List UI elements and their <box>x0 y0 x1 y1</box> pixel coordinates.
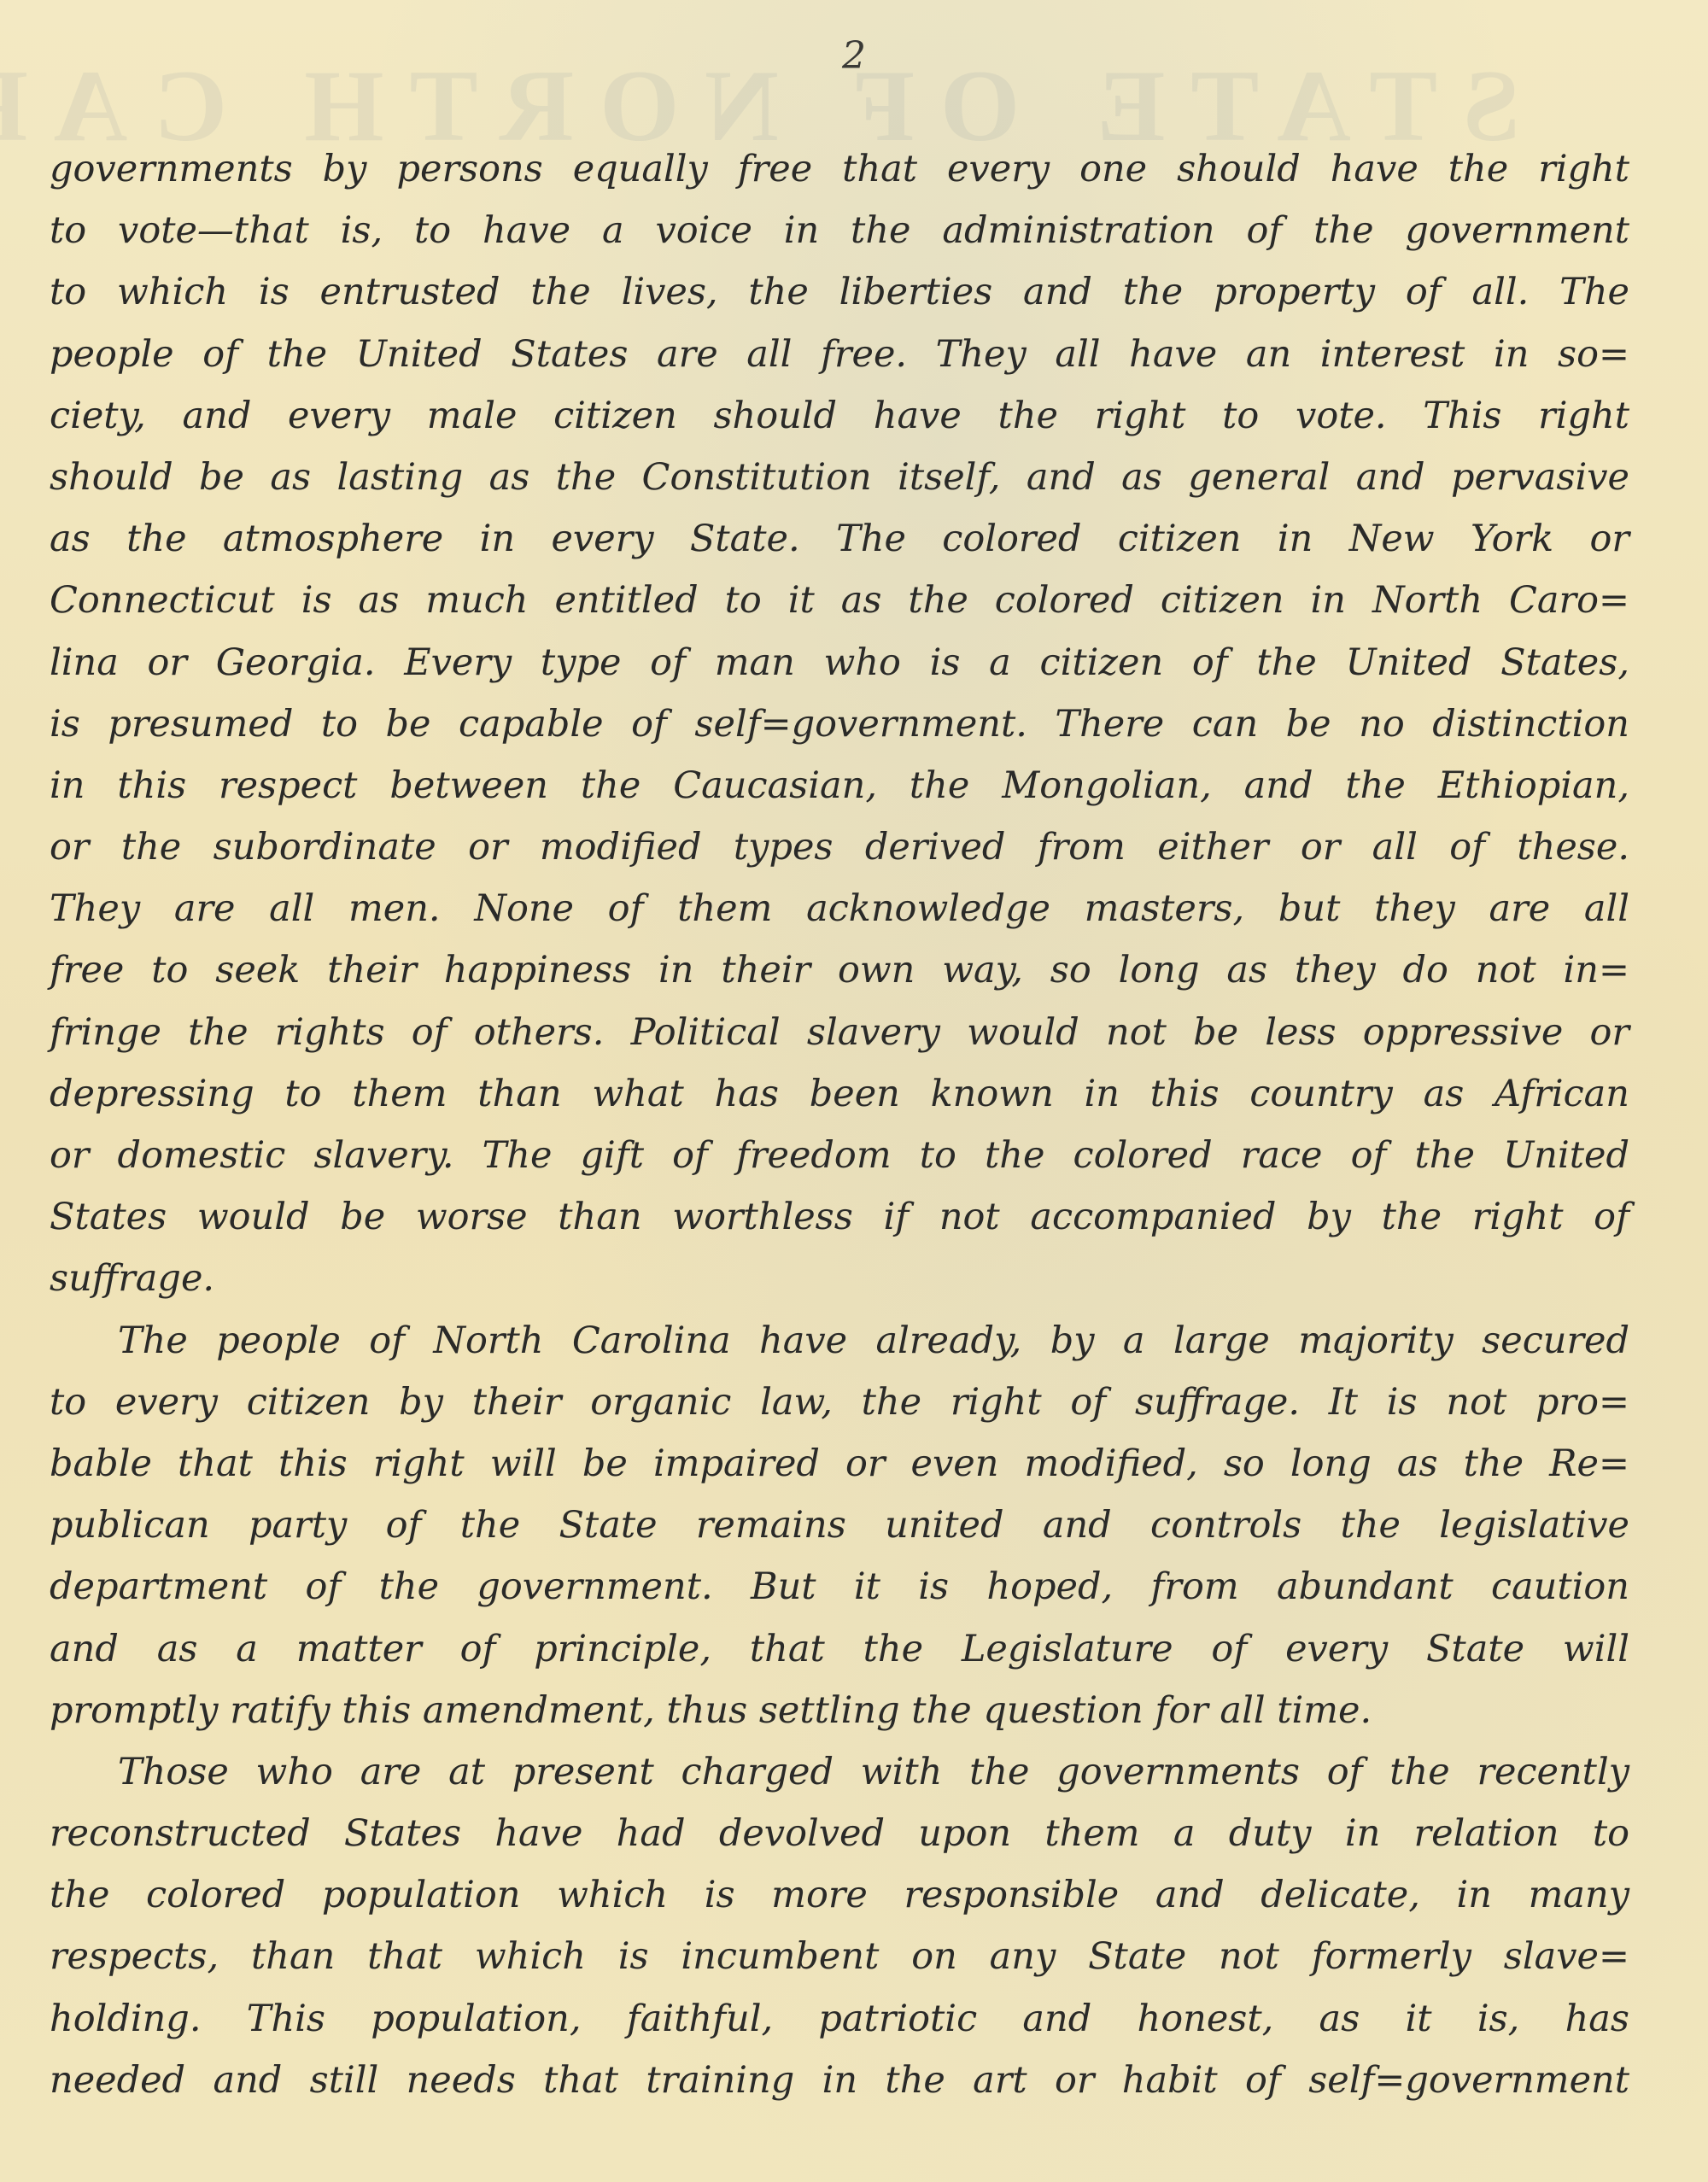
text-line: reconstructed States have had devolved u… <box>50 1803 1629 1864</box>
text-line: people of the United States are all free… <box>50 324 1629 385</box>
page-number: 2 <box>0 34 1708 78</box>
document-page: STATE OF NORTH CAROLINA 2 governments by… <box>0 0 1708 2182</box>
text-line: and as a matter of principle, that the L… <box>50 1618 1629 1680</box>
text-line: fringe the rights of others. Political s… <box>50 1002 1629 1063</box>
text-line: The people of North Carolina have alread… <box>50 1310 1629 1372</box>
text-line: to which is entrusted the lives, the lib… <box>50 261 1629 323</box>
text-line: should be as lasting as the Constitution… <box>50 447 1629 508</box>
paragraph-3: Those who are at present charged with th… <box>50 1741 1629 2111</box>
text-line: Those who are at present charged with th… <box>50 1741 1629 1803</box>
paragraph-1: governments by persons equally free that… <box>50 138 1629 1310</box>
text-line: suffrage. <box>50 1248 1629 1309</box>
text-line: Connecticut is as much entitled to it as… <box>50 570 1629 631</box>
text-line: publican party of the State remains unit… <box>50 1495 1629 1556</box>
text-line: free to seek their happiness in their ow… <box>50 939 1629 1001</box>
text-line: They are all men. None of them acknowled… <box>50 878 1629 939</box>
text-line: promptly ratify this amendment, thus set… <box>50 1680 1629 1741</box>
text-line: depressing to them than what has been kn… <box>50 1063 1629 1125</box>
text-line: in this respect between the Caucasian, t… <box>50 755 1629 816</box>
text-line: governments by persons equally free that… <box>50 138 1629 200</box>
text-line: respects, than that which is incumbent o… <box>50 1926 1629 1987</box>
text-line: as the atmosphere in every State. The co… <box>50 508 1629 570</box>
body-text: governments by persons equally free that… <box>50 138 1629 2111</box>
text-line: or domestic slavery. The gift of freedom… <box>50 1125 1629 1186</box>
text-line: needed and still needs that training in … <box>50 2050 1629 2111</box>
text-line: holding. This population, faithful, patr… <box>50 1988 1629 2050</box>
text-line: or the subordinate or modified types der… <box>50 816 1629 878</box>
paragraph-2: The people of North Carolina have alread… <box>50 1310 1629 1741</box>
text-line: the colored population which is more res… <box>50 1864 1629 1926</box>
text-line: department of the government. But it is … <box>50 1556 1629 1617</box>
text-line: lina or Georgia. Every type of man who i… <box>50 632 1629 693</box>
text-line: to every citizen by their organic law, t… <box>50 1372 1629 1433</box>
text-line: States would be worse than worthless if … <box>50 1186 1629 1248</box>
text-line: to vote—that is, to have a voice in the … <box>50 200 1629 261</box>
text-line: is presumed to be capable of self=govern… <box>50 693 1629 755</box>
text-line: ciety, and every male citizen should hav… <box>50 385 1629 447</box>
text-line: bable that this right will be impaired o… <box>50 1433 1629 1495</box>
